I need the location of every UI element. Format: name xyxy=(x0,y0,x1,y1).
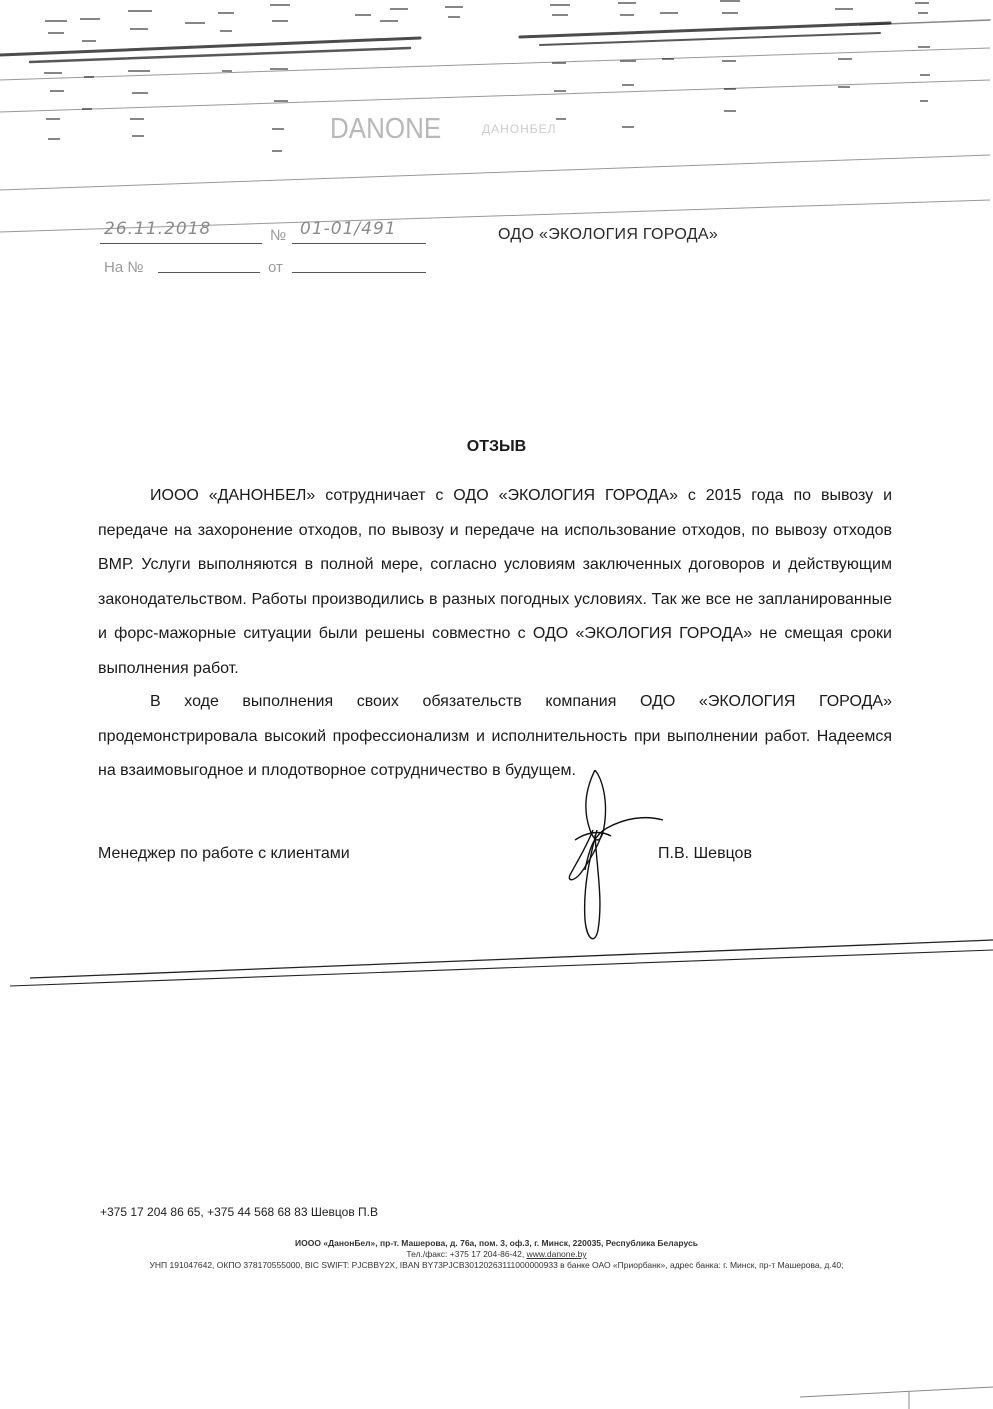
scan-edge xyxy=(800,1380,993,1409)
date-underline xyxy=(100,243,262,244)
scan-noise xyxy=(0,0,993,240)
date-handwritten: 26.11.2018 xyxy=(104,219,211,239)
paragraph-2: В ходе выполнения своих обязательств ком… xyxy=(98,685,892,789)
document-body-2: В ходе выполнения своих обязательств ком… xyxy=(98,685,892,789)
footer-phone: Тел./факс: +375 17 204-86-42, www.danone… xyxy=(0,1249,993,1259)
document-title: ОТЗЫВ xyxy=(0,438,993,456)
addressee: ОДО «ЭКОЛОГИЯ ГОРОДА» xyxy=(498,226,718,244)
from-label: от xyxy=(268,259,283,276)
signer-position: Менеджер по работе с клиентами xyxy=(98,845,350,863)
company-logo: DANONE xyxy=(330,111,441,145)
number-handwritten: 01-01/491 xyxy=(300,219,397,239)
footer-website-link[interactable]: www.danone.by xyxy=(527,1249,587,1259)
number-underline xyxy=(292,243,426,244)
company-logo-subtitle: ДАНОНБЕЛ xyxy=(482,122,557,136)
footer-address: ИООО «ДанонБел», пр-т. Машерова, д. 76а,… xyxy=(0,1238,993,1248)
separator-lines xyxy=(0,930,993,990)
number-label: № xyxy=(270,227,286,244)
signature-icon xyxy=(545,770,685,950)
from-underline xyxy=(292,272,426,273)
contact-phones: +375 17 204 86 65, +375 44 568 68 83 Шев… xyxy=(100,1205,378,1219)
paragraph-1: ИООО «ДАНОНБЕЛ» сотрудничает с ОДО «ЭКОЛ… xyxy=(98,479,892,686)
reply-to-label: На № xyxy=(104,259,143,276)
reply-to-underline xyxy=(158,272,260,273)
document-body: ИООО «ДАНОНБЕЛ» сотрудничает с ОДО «ЭКОЛ… xyxy=(98,479,892,686)
footer-bank-details: УНП 191047642, ОКПО 378170555000, BIC SW… xyxy=(0,1260,993,1270)
